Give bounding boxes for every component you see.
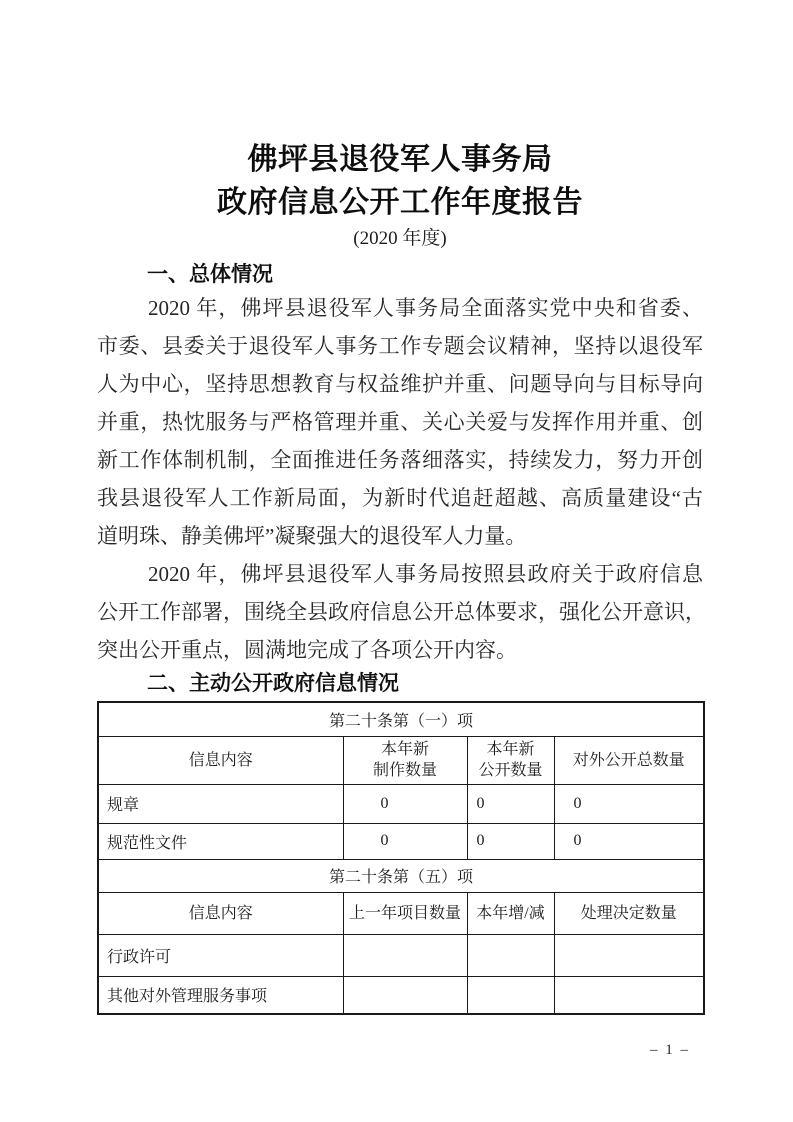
doc-title-line1: 佛坪县退役军人事务局 [97, 138, 703, 181]
document-page: 佛坪县退役军人事务局 政府信息公开工作年度报告 (2020 年度) 一、总体情况… [0, 0, 793, 1122]
table-row-regulations: 规章 0 0 0 [98, 784, 704, 823]
body-line: 并重，热忱服务与严格管理并重、关心关爱与发挥作用并重、创 [97, 403, 703, 441]
cell-value-empty [554, 976, 704, 1014]
row-label: 规章 [98, 784, 343, 823]
table-row-administrative-license: 行政许可 [98, 934, 704, 976]
body-line: 2020 年，佛坪县退役军人事务局全面落实党中央和省委、 [97, 289, 703, 327]
table-header-row-2: 信息内容 上一年项目数量 本年增/减 处理决定数量 [98, 892, 704, 934]
column-header-year-change: 本年增/减 [467, 892, 554, 934]
table-caption-row-article20-item5: 第二十条第（五）项 [98, 859, 704, 892]
column-header-line: 本年新 [344, 739, 467, 760]
document-content: 佛坪县退役军人事务局 政府信息公开工作年度报告 (2020 年度) 一、总体情况… [97, 138, 703, 1015]
cell-value: 0 [343, 784, 467, 823]
column-header-line: 制作数量 [344, 760, 467, 781]
column-header-decisions: 处理决定数量 [554, 892, 704, 934]
cell-value-empty [467, 976, 554, 1014]
cell-value-empty [343, 976, 467, 1014]
cell-value: 0 [554, 823, 704, 859]
section1-heading: 一、总体情况 [97, 260, 703, 289]
cell-value-empty [467, 934, 554, 976]
body-line: 人为中心，坚持思想教育与权益维护并重、问题导向与目标导向 [97, 365, 703, 403]
column-header-prev-year-items: 上一年项目数量 [343, 892, 467, 934]
body-line: 2020 年，佛坪县退役军人事务局按照县政府关于政府信息 [97, 555, 703, 593]
table-row-normative-documents: 规范性文件 0 0 0 [98, 823, 704, 859]
cell-value: 0 [467, 784, 554, 823]
row-label: 规范性文件 [98, 823, 343, 859]
paragraph-1: 2020 年，佛坪县退役军人事务局全面落实党中央和省委、 市委、县委关于退役军人… [97, 289, 703, 555]
table-row-other-services: 其他对外管理服务事项 [98, 976, 704, 1014]
cell-value: 0 [467, 823, 554, 859]
column-header-line: 本年新 [468, 739, 554, 760]
table-caption-row-article20-item1: 第二十条第（一）项 [98, 702, 704, 736]
page-number: – 1 – [650, 1042, 690, 1059]
section2-heading: 二、主动公开政府信息情况 [97, 669, 703, 698]
column-header-total-public: 对外公开总数量 [554, 736, 704, 784]
column-header-info-content: 信息内容 [98, 892, 343, 934]
table-caption-article20-item5: 第二十条第（五）项 [98, 859, 704, 892]
body-line: 新工作体制机制，全面推进任务落细落实，持续发力，努力开创 [97, 441, 703, 479]
body-line: 我县退役军人工作新局面，为新时代追赶超越、高质量建设“古 [97, 479, 703, 517]
row-label: 行政许可 [98, 934, 343, 976]
table-caption-article20-item1: 第二十条第（一）项 [98, 702, 704, 736]
column-header-new-produced: 本年新 制作数量 [343, 736, 467, 784]
row-label: 其他对外管理服务事项 [98, 976, 343, 1014]
doc-title-line2: 政府信息公开工作年度报告 [97, 181, 703, 224]
body-line: 道明珠、静美佛坪”凝聚强大的退役军人力量。 [97, 517, 703, 555]
body-line: 公开工作部署，围绕全县政府信息公开总体要求，强化公开意识， [97, 593, 703, 631]
cell-value: 0 [343, 823, 467, 859]
cell-value: 0 [554, 784, 704, 823]
column-header-line: 公开数量 [468, 760, 554, 781]
cell-value-empty [554, 934, 704, 976]
cell-value-empty [343, 934, 467, 976]
column-header-new-disclosed: 本年新 公开数量 [467, 736, 554, 784]
column-header-info-content: 信息内容 [98, 736, 343, 784]
body-line: 市委、县委关于退役军人事务工作专题会议精神，坚持以退役军 [97, 327, 703, 365]
body-line: 突出公开重点，圆满地完成了各项公开内容。 [97, 631, 703, 669]
paragraph-2: 2020 年，佛坪县退役军人事务局按照县政府关于政府信息 公开工作部署，围绕全县… [97, 555, 703, 669]
disclosure-table: 第二十条第（一）项 信息内容 本年新 制作数量 本年新 公开数量 对外公开总数量… [97, 701, 705, 1015]
table-header-row-1: 信息内容 本年新 制作数量 本年新 公开数量 对外公开总数量 [98, 736, 704, 784]
doc-subtitle-year: (2020 年度) [97, 226, 703, 252]
